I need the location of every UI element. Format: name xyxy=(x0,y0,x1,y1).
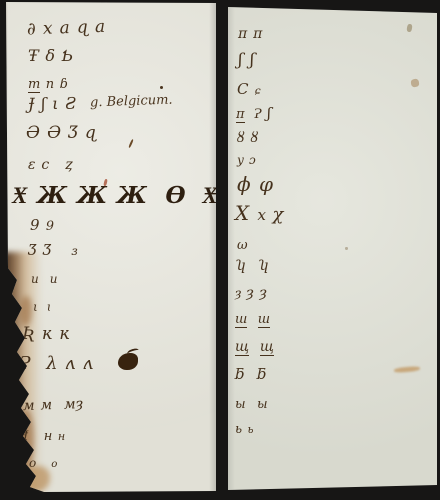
glyph-row-kh: Ххχ xyxy=(235,204,291,224)
glyph-row-zh: ӾЖЖЖѲӾ xyxy=(12,184,227,207)
left-page: g. Belgicum. ∂хаɋаŦδƄmпɓɈʃιƧƏƏƷɋεϲȥӾЖЖЖѲ… xyxy=(0,0,218,494)
handwritten-glyph: о xyxy=(29,457,36,469)
glyph-row-f: ϕφ xyxy=(237,174,281,194)
glyph-row-g: ɈʃιƧ xyxy=(28,96,83,113)
handwritten-glyph: ε xyxy=(28,158,36,172)
stain xyxy=(406,24,412,33)
handwritten-glyph: у xyxy=(237,154,244,166)
handwritten-glyph: ʮ xyxy=(258,259,269,273)
glyph-row-p: ππ xyxy=(238,27,268,41)
handwritten-glyph: ь xyxy=(248,424,254,435)
handwritten-glyph: х xyxy=(257,208,266,223)
glyph-row-k: Ʀĸĸ xyxy=(22,326,77,343)
handwritten-glyph: ʌ xyxy=(83,355,93,373)
handwritten-glyph: Ɉ xyxy=(28,96,35,112)
handwritten-glyph: а xyxy=(59,20,70,37)
handwritten-glyph: Ӿ xyxy=(202,184,217,207)
glyph-row-t: ᴨɁʃ xyxy=(236,106,277,123)
handwritten-glyph: Ə xyxy=(47,125,61,142)
handwritten-glyph: н xyxy=(44,430,53,443)
handwritten-glyph: ɩ xyxy=(47,301,52,313)
glyph-row-yery: ыы xyxy=(235,398,273,411)
handwritten-glyph: 9 xyxy=(30,218,40,233)
handwritten-glyph: ɜ xyxy=(72,245,78,257)
handwritten-glyph: Ʀ xyxy=(22,326,35,343)
glyph-row-ts: ʮʮ xyxy=(235,259,275,273)
glyph-row-sh: шш xyxy=(235,313,276,328)
handwritten-glyph: Ə xyxy=(26,125,40,142)
glyph-row-yer: ƃƃ xyxy=(235,367,273,382)
handwritten-glyph: 9 xyxy=(46,221,54,234)
handwritten-glyph: ʌ xyxy=(65,355,75,373)
glyph-row-z: ƷƷɜ xyxy=(28,243,83,258)
handwritten-glyph: Ħ xyxy=(17,430,28,443)
stain xyxy=(410,78,419,87)
handwritten-glyph: m xyxy=(28,78,40,93)
handwritten-glyph: ы xyxy=(257,398,268,411)
handwritten-glyph: Ж xyxy=(117,184,147,207)
handwritten-glyph: и xyxy=(50,273,58,285)
glyph-row-d: ƏƏƷɋ xyxy=(26,125,103,142)
handwritten-glyph: Ӿ xyxy=(12,184,27,207)
handwritten-glyph: ι xyxy=(52,96,59,112)
handwritten-glyph: ᴨ xyxy=(236,108,245,123)
handwritten-glyph: ∂ xyxy=(27,21,36,38)
handwritten-glyph: Ɂ xyxy=(20,355,31,373)
ink-blot xyxy=(118,353,138,370)
latin-annotation: g. Belgicum. xyxy=(90,93,173,111)
glyph-row-v: mпɓ xyxy=(28,78,73,93)
right-page: ππʃʃСɕᴨɁʃȣȣуɔϕφХхχωʮʮȝȝȝшшщщƃƃыыьь xyxy=(227,0,437,500)
handwritten-glyph: ɓ xyxy=(60,78,68,91)
handwritten-glyph: ʃ xyxy=(267,106,271,121)
handwritten-glyph: ш xyxy=(235,313,247,328)
handwritten-glyph: ȣ xyxy=(237,131,245,145)
handwritten-glyph: ы xyxy=(235,398,246,411)
handwritten-glyph: χ xyxy=(272,206,283,224)
handwritten-glyph: ĸ xyxy=(42,326,52,343)
handwritten-glyph: ʃ xyxy=(41,96,46,112)
handwritten-glyph: и xyxy=(31,273,39,285)
glyph-row-n: Ħнн xyxy=(17,430,70,443)
glyph-row-r: ʃʃ xyxy=(238,52,262,69)
handwritten-glyph: ɋ xyxy=(85,125,96,142)
ink-slash xyxy=(128,139,133,148)
handwritten-glyph: ϲ xyxy=(41,158,49,172)
handwritten-glyph: Ʒ xyxy=(28,243,36,258)
handwritten-glyph: ɔ xyxy=(249,154,256,166)
handwritten-glyph: ɕ xyxy=(255,86,261,97)
glyph-row-e: εϲȥ xyxy=(28,158,78,172)
handwritten-glyph: Ƨ xyxy=(65,96,76,112)
handwritten-glyph: н xyxy=(58,431,65,442)
handwritten-glyph: π xyxy=(253,27,262,41)
handwritten-glyph: ω xyxy=(237,239,248,252)
handwritten-glyph: м xyxy=(23,399,35,413)
handwritten-glyph: щ xyxy=(235,340,249,356)
handwritten-glyph: а xyxy=(95,19,106,36)
handwritten-glyph: ш xyxy=(258,313,270,328)
glyph-row-soft-sign: ьь xyxy=(235,423,258,436)
handwritten-glyph: Ɂ xyxy=(254,108,262,121)
handwritten-glyph: ƃ xyxy=(257,367,267,382)
glyph-row-ii: ιɩ xyxy=(33,301,57,313)
handwritten-glyph: щ xyxy=(260,340,274,356)
handwritten-glyph: Ж xyxy=(37,184,67,207)
handwritten-glyph: φ xyxy=(259,174,273,194)
glyph-row-o: оо xyxy=(29,457,62,470)
handwritten-glyph: Ʒ xyxy=(68,125,78,142)
handwritten-glyph: ȝ xyxy=(246,286,253,300)
handwritten-glyph: δ xyxy=(45,48,55,64)
handwritten-glyph: ĸ xyxy=(59,326,69,343)
handwritten-glyph: ȝ xyxy=(235,288,241,300)
handwritten-glyph: ƃ xyxy=(235,367,245,382)
handwritten-glyph: λ xyxy=(46,355,57,373)
handwritten-glyph: Ʒ xyxy=(43,243,51,258)
handwritten-glyph: С xyxy=(237,82,248,97)
handwritten-glyph: ʃ xyxy=(238,52,243,69)
handwritten-glyph: Х xyxy=(235,204,249,224)
manuscript-scan: g. Belgicum. ∂хаɋаŦδƄmпɓɈʃιƧƏƏƷɋεϲȥӾЖЖЖѲ… xyxy=(0,0,440,500)
glyph-row-a: ∂хаɋа xyxy=(27,19,113,39)
handwritten-glyph: Ƅ xyxy=(62,48,74,64)
handwritten-glyph: ʃ xyxy=(250,52,255,69)
glyph-row-m: мммȝ xyxy=(23,397,89,413)
handwritten-glyph: Ŧ xyxy=(28,48,39,64)
glyph-row-dz: 99 xyxy=(30,218,59,234)
handwritten-glyph: Ѳ xyxy=(166,184,186,207)
handwritten-glyph: мȝ xyxy=(64,397,83,412)
ink-dot xyxy=(160,86,163,89)
handwritten-glyph: ɋ xyxy=(77,19,88,36)
handwritten-glyph: м xyxy=(40,398,52,412)
handwritten-glyph: х xyxy=(43,21,53,38)
glyph-row-omega: ω xyxy=(237,239,253,252)
handwritten-glyph: ι xyxy=(33,301,38,313)
stain xyxy=(345,247,348,250)
handwritten-glyph: π xyxy=(238,27,247,41)
handwritten-glyph: ȣ xyxy=(251,131,259,145)
handwritten-glyph: ь xyxy=(235,423,242,436)
smudge xyxy=(394,366,420,373)
glyph-row-ch: ȝȝȝ xyxy=(235,286,273,300)
handwritten-glyph: Ж xyxy=(77,184,107,207)
handwritten-glyph: ȥ xyxy=(65,158,72,172)
glyph-row-u2: уɔ xyxy=(237,154,261,166)
glyph-row-shch: щщ xyxy=(235,340,280,356)
page-edge-shading xyxy=(0,0,8,262)
handwritten-glyph: о xyxy=(51,460,57,470)
glyph-row-s: Сɕ xyxy=(237,82,265,97)
handwritten-glyph: ʮ xyxy=(235,259,246,273)
handwritten-glyph: п xyxy=(46,78,54,91)
handwritten-glyph: ϕ xyxy=(237,174,251,194)
glyph-row-l: Ɂλʌʌ xyxy=(20,355,100,373)
handwritten-glyph: ȝ xyxy=(259,286,266,300)
glyph-row-b: ŦδƄ xyxy=(28,48,80,64)
glyph-row-u: ȣȣ xyxy=(237,131,264,145)
glyph-row-i: ии xyxy=(31,273,63,285)
